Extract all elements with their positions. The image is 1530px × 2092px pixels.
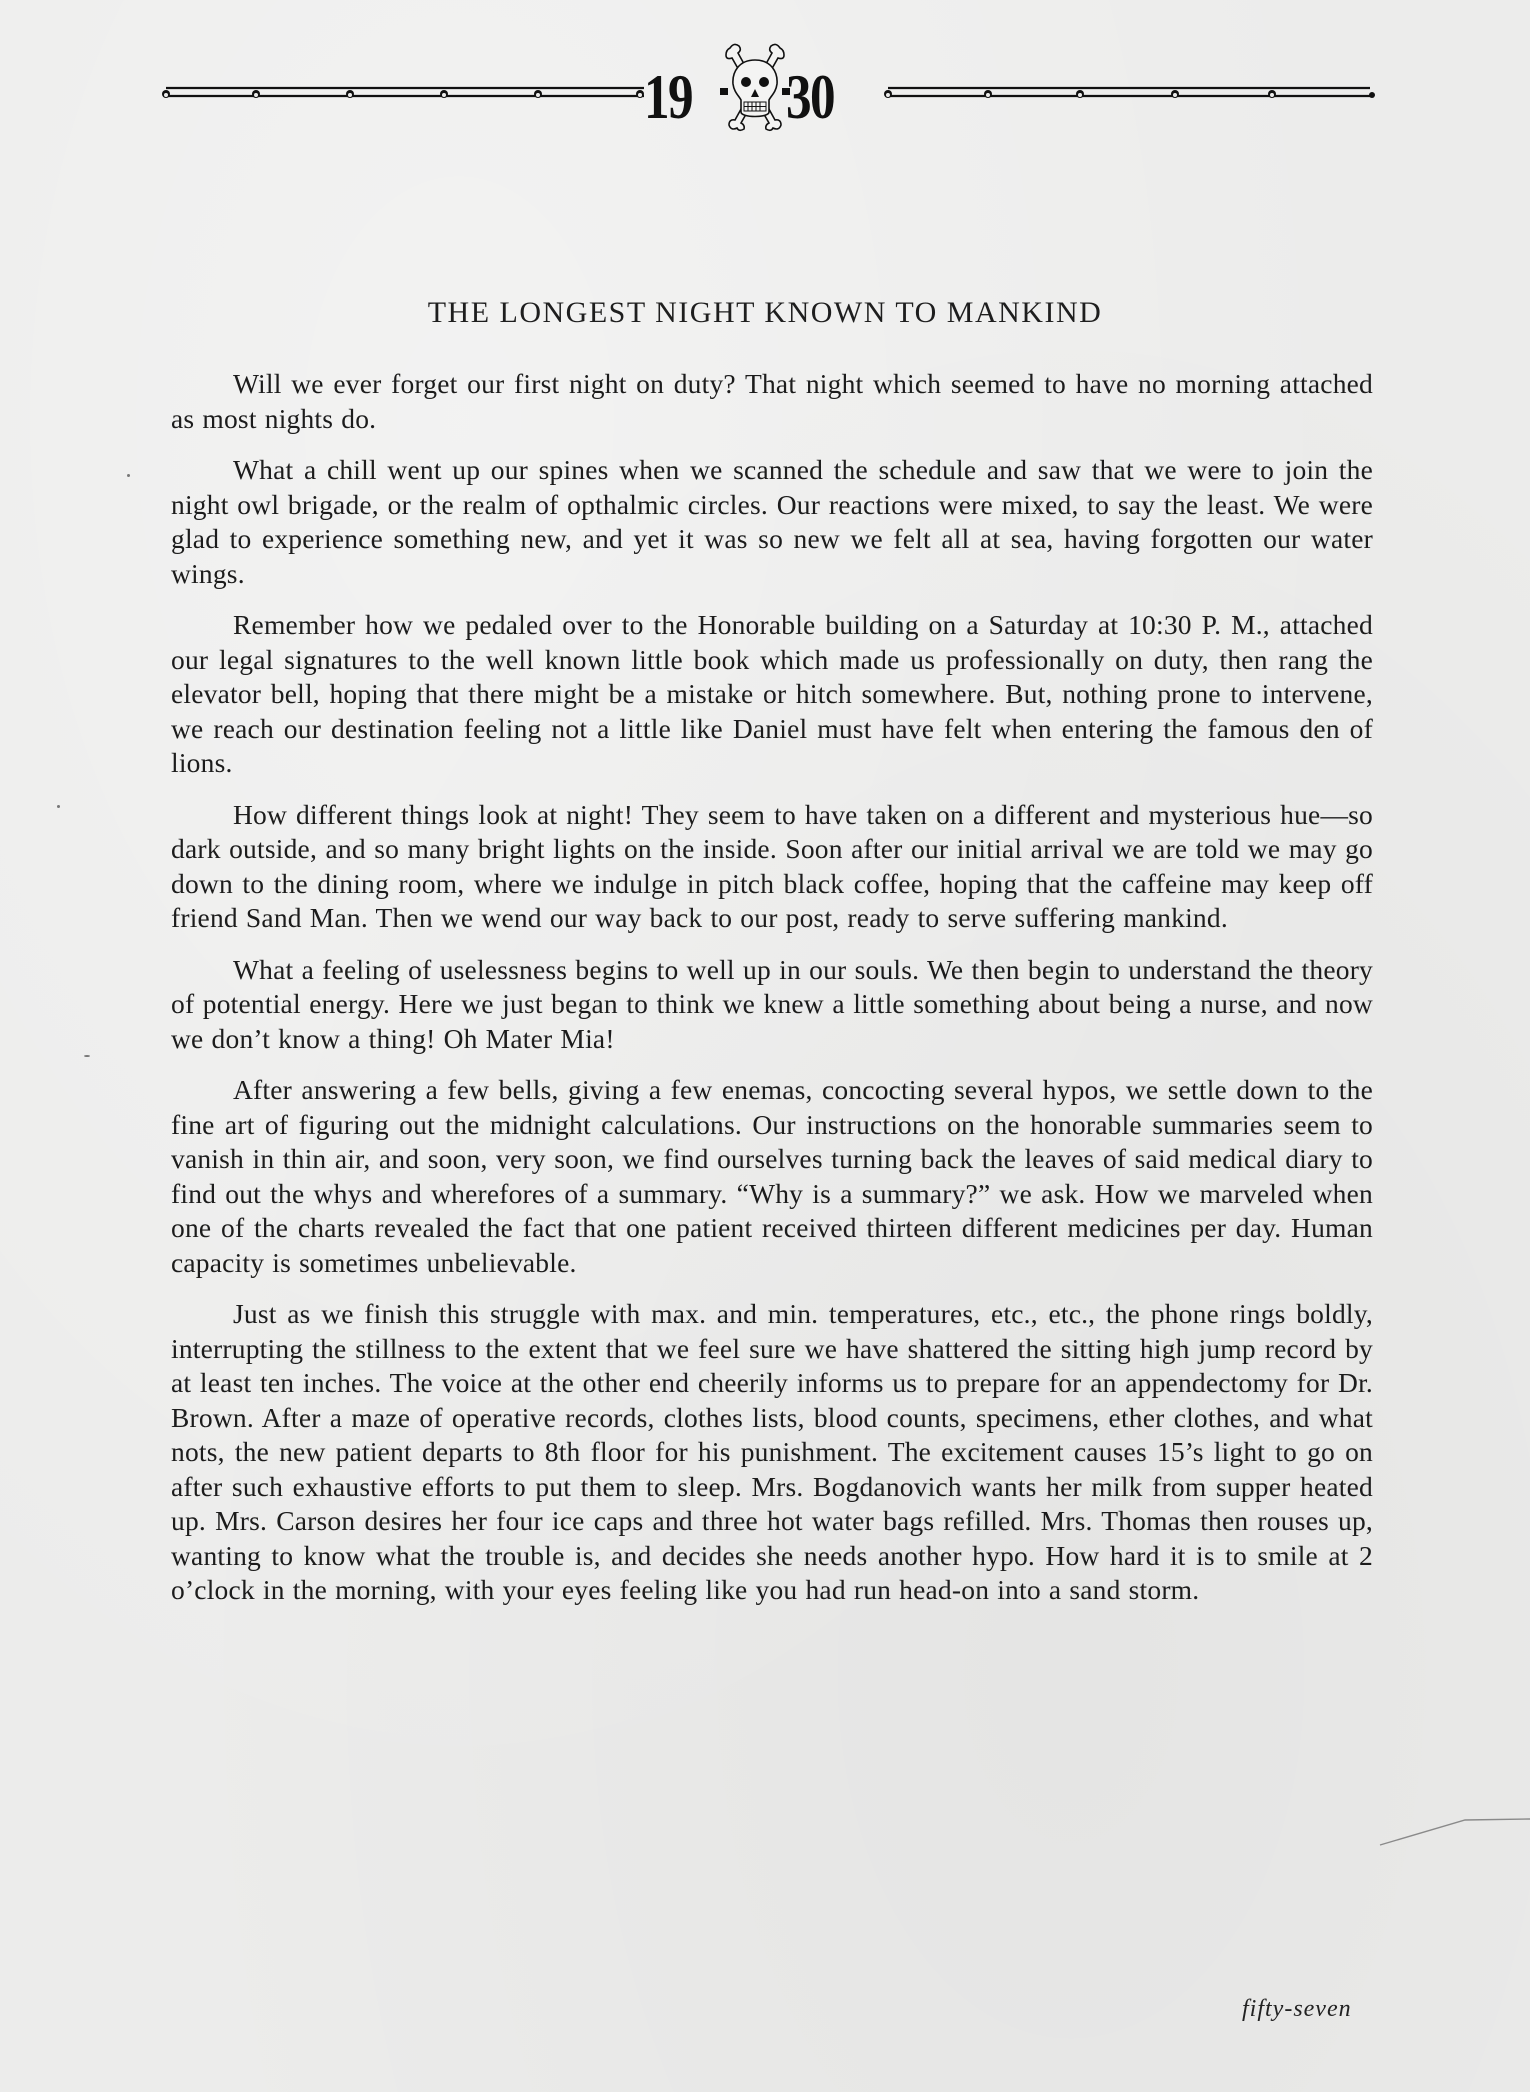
year-left: 19 (644, 62, 692, 132)
paragraph: After answering a few bells, giving a fe… (171, 1073, 1373, 1280)
paragraph: What a chill went up our spines when we … (171, 453, 1373, 591)
paragraph: Just as we finish this struggle with max… (171, 1297, 1373, 1608)
paragraph: Will we ever forget our first night on d… (171, 367, 1373, 436)
year-right: 30 (786, 62, 834, 132)
article-title: THE LONGEST NIGHT KNOWN TO MANKIND (0, 296, 1530, 330)
paragraph: How different things look at night! They… (171, 798, 1373, 936)
bone-chain-border-left (160, 82, 650, 102)
skull-and-crossbones-icon (720, 40, 790, 136)
paper-crease-mark (1370, 1815, 1530, 1855)
paragraph: What a feeling of uselessness begins to … (171, 953, 1373, 1057)
paragraph: Remember how we pedaled over to the Hono… (171, 608, 1373, 781)
print-speck (57, 805, 60, 808)
article-body: Will we ever forget our first night on d… (171, 367, 1373, 1625)
page-number: fifty-seven (1242, 1996, 1352, 2023)
print-speck (127, 474, 130, 477)
print-speck (84, 1055, 90, 1057)
yearbook-header: 19 30 (160, 40, 1380, 150)
bone-chain-border-right (880, 82, 1380, 102)
